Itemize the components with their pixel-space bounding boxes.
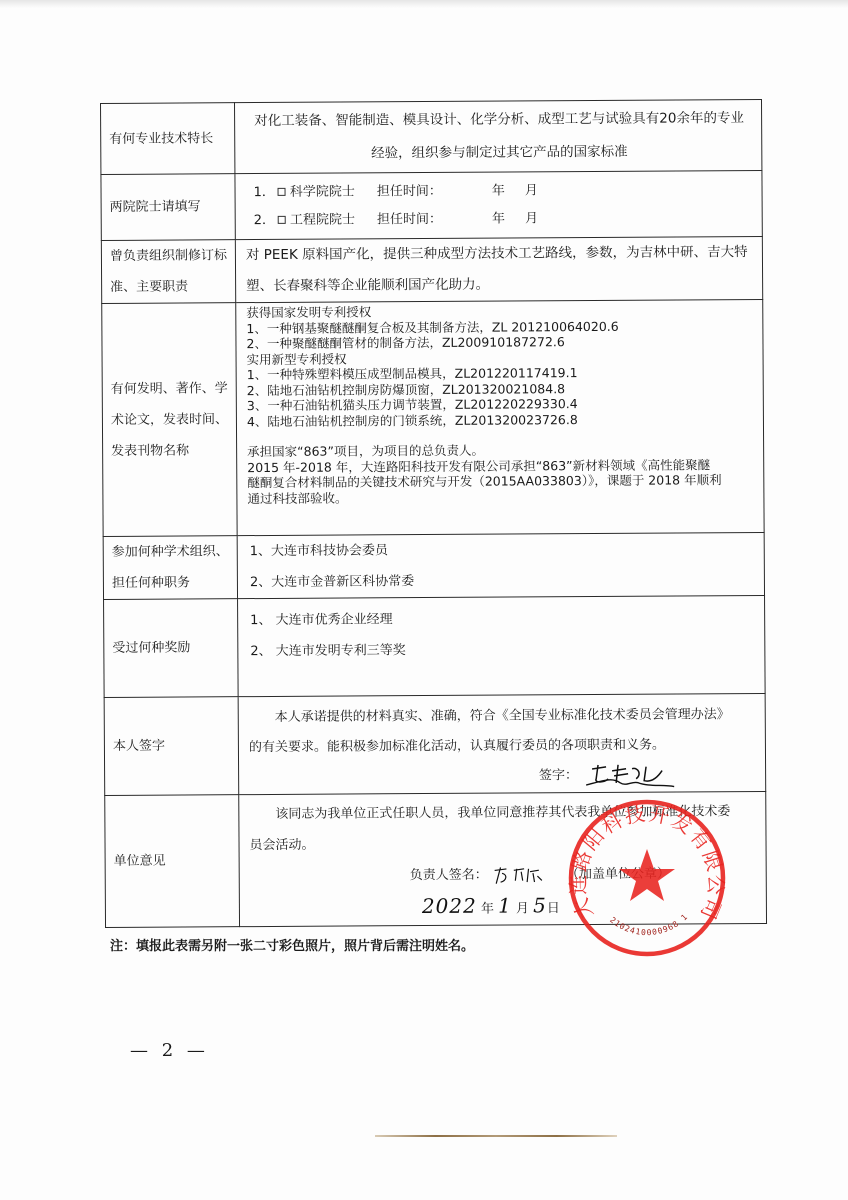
standards-responsibility-value: 对 PEEK 原料国产化，提供三种成型方法技术工艺路线，参数，为吉林中研、吉大特… — [235, 236, 762, 302]
project-line: 醚酮复合材料制品的关键技术研究与开发（2015AA033803）》，课题于 20… — [247, 472, 755, 491]
row-inventions-publications: 有何发明、著作、学 术论文，发表时间、 发表刊物名称 获得国家发明专利授权 1、… — [102, 299, 764, 536]
option-index: 1． — [253, 178, 274, 206]
scan-top-shadow — [0, 0, 848, 8]
handwritten-signature — [582, 762, 677, 789]
label-technical-specialty: 有何专业技术特长 — [101, 103, 235, 175]
year-label: 年 — [492, 205, 505, 233]
pledge-line: 的有关要求。能积极参加标准化活动，认真履行委员的各项职责和义务。 — [249, 730, 757, 763]
date-day: 5 — [533, 893, 547, 917]
term-time-label: 担任时间： — [377, 177, 442, 205]
option-index: 2． — [254, 206, 275, 234]
academician-option-science: 1．科学院院士担任时间：年月 — [253, 176, 753, 207]
row-personal-signature: 本人签字 本人承诺提供的材料真实、准确，符合《全国专业标准化技术委员会管理办法》… — [104, 693, 766, 795]
label-unit-opinion: 单位意见 — [105, 795, 240, 928]
organization-item: 1、大连市科技协会委员 — [250, 533, 756, 567]
organization-item: 2、大连市金普新区科协常委 — [250, 564, 756, 598]
technical-specialty-value: 对化工装备、智能制造、模具设计、化学分析、成型工艺与试验具有20余年的专业 经验… — [235, 99, 762, 173]
month-label: 月 — [525, 205, 538, 233]
label-line: 担任何种职务 — [112, 567, 231, 599]
option-title: 工程院院士 — [290, 206, 355, 234]
row-awards: 受过何种奖励 1、 大连市优秀企业经理 2、 大连市发明专利三等奖 — [104, 595, 766, 697]
label-awards: 受过何种奖励 — [104, 599, 239, 698]
year-label: 年 — [492, 177, 505, 205]
label-line: 发表刊物名称 — [111, 435, 230, 467]
month-label: 月 — [516, 901, 529, 916]
label-inventions-publications: 有何发明、著作、学 术论文，发表时间、 发表刊物名称 — [102, 303, 237, 537]
row-academic-organizations: 参加何种学术组织、 担任何种职务 1、大连市科技协会委员 2、大连市金普新区科协… — [103, 532, 764, 599]
academician-option-engineering: 2．工程院院士担任时间：年月 — [254, 204, 754, 235]
form-footnote: 注：填报此表需另附一张二寸彩色照片，照片背后需注明姓名。 — [110, 935, 474, 954]
label-academic-organizations: 参加何种学术组织、 担任何种职务 — [103, 536, 237, 600]
specialty-line-1: 对化工装备、智能制造、模具设计、化学分析、成型工艺与试验具有20余年的专业 — [245, 102, 753, 138]
seal-star-icon — [619, 849, 675, 901]
award-item: 1、 大连市优秀企业经理 — [250, 602, 756, 636]
row-academician: 两院院士请填写 1．科学院院士担任时间：年月 2．工程院院士担任时间：年月 — [101, 170, 762, 240]
inventions-publications-value: 获得国家发明专利授权 1、一种钢基聚醚醚酮复合板及其制备方法，ZL 201210… — [236, 299, 764, 535]
month-label: 月 — [525, 177, 538, 205]
awards-value: 1、 大连市优秀企业经理 2、 大连市发明专利三等奖 — [238, 595, 766, 696]
label-line: 术论文，发表时间、 — [111, 404, 230, 436]
personal-pledge: 本人承诺提供的材料真实、准确，符合《全国专业标准化技术委员会管理办法》 的有关要… — [238, 693, 766, 794]
term-time-label: 担任时间： — [377, 205, 442, 233]
checkbox-engineering-academician[interactable] — [278, 216, 286, 224]
project-line: 通过科技部验收。 — [247, 488, 755, 507]
specialty-line-2: 经验，组织参与制定过其它产品的国家标准 — [245, 135, 753, 171]
content-line: 对 PEEK 原料国产化，提供三种成型方法技术工艺路线，参数，为吉林中研、吉大特 — [246, 237, 754, 271]
row-standards-responsibility: 曾负责组织制修订标 准、主要职责 对 PEEK 原料国产化，提供三种成型方法技术… — [101, 236, 762, 303]
label-academician: 两院院士请填写 — [101, 174, 235, 241]
year-label: 年 — [481, 902, 494, 917]
scan-bottom-edge — [375, 1135, 617, 1137]
row-technical-specialty: 有何专业技术特长 对化工装备、智能制造、模具设计、化学分析、成型工艺与试验具有2… — [101, 99, 762, 174]
option-title: 科学院院士 — [290, 178, 355, 206]
signature-line: 签字： — [249, 760, 757, 793]
label-line: 曾负责组织制修订标 — [110, 240, 229, 272]
signature-label: 签字： — [539, 768, 578, 783]
label-line: 有何发明、著作、学 — [111, 373, 230, 405]
label-personal-signature: 本人签字 — [104, 697, 239, 796]
company-seal: 大连路阳科技开发有限公司 2102410000968 10 — [566, 797, 728, 959]
academician-options: 1．科学院院士担任时间：年月 2．工程院院士担任时间：年月 — [235, 170, 762, 239]
responsible-handwritten-signature — [492, 862, 562, 888]
page-number: — 2 — — [130, 1040, 209, 1061]
pledge-line: 本人承诺提供的材料真实、准确，符合《全国专业标准化技术委员会管理办法》 — [249, 700, 757, 733]
label-line: 准、主要职责 — [110, 271, 229, 303]
responsible-label: 负责人签名： — [410, 868, 488, 883]
day-label: 日 — [547, 901, 560, 916]
content-line: 塑、长春聚科等企业能顺利国产化助力。 — [246, 268, 754, 302]
label-line: 参加何种学术组织、 — [112, 536, 231, 568]
label-standards-responsibility: 曾负责组织制修订标 准、主要职责 — [101, 240, 235, 304]
date-year: 2022 — [422, 894, 477, 918]
checkbox-science-academician[interactable] — [278, 188, 286, 196]
award-item: 2、 大连市发明专利三等奖 — [250, 633, 756, 667]
date-month: 1 — [498, 893, 512, 917]
academic-organizations-value: 1、大连市科技协会委员 2、大连市金普新区科协常委 — [237, 532, 764, 598]
